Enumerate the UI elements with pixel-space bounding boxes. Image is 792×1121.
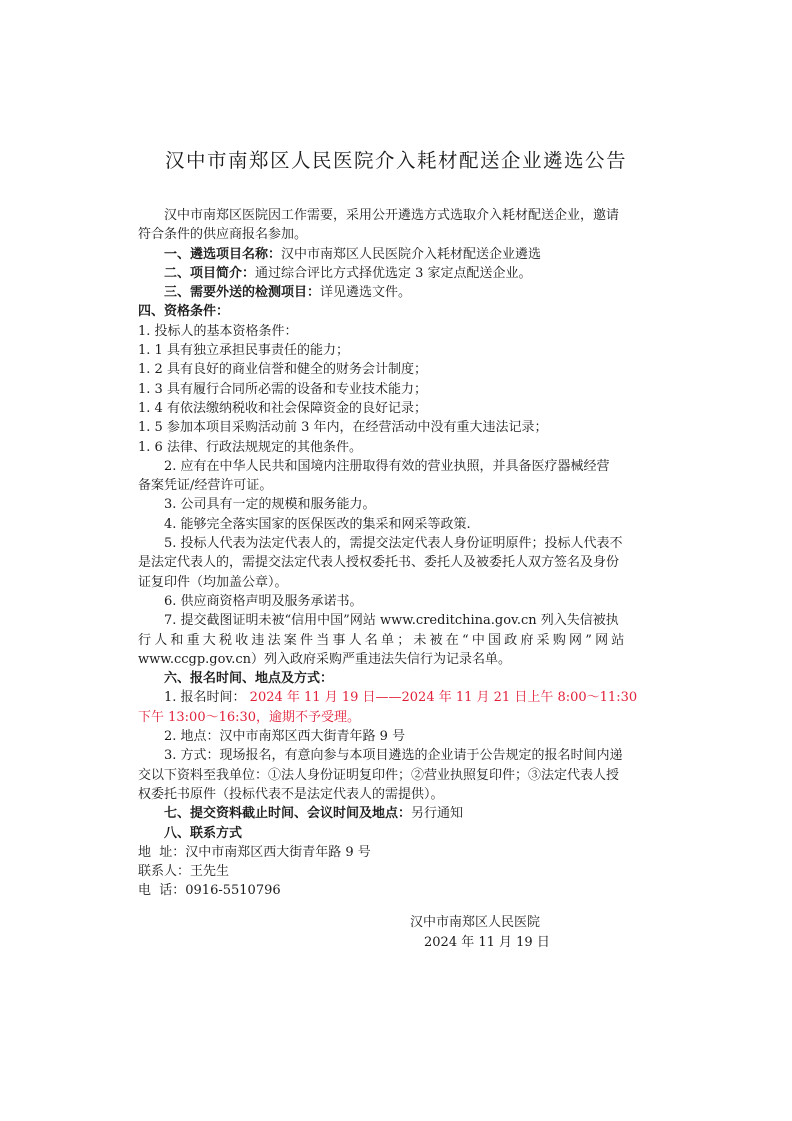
section-3-heading: 三、需要外送的检测项目：: [164, 285, 320, 300]
item-7-line-1: 7. 提交截图证明未被“信用中国”网站 www.creditchina.gov.…: [138, 611, 694, 630]
section-7: 七、提交资料截止时间、会议时间及地点：另行通知: [138, 804, 694, 823]
item-6: 6. 供应商资格声明及服务承诺书。: [138, 592, 694, 611]
registration-time-value-2: 下午 13:00～16:30，逾期不予受理。: [138, 708, 694, 727]
intro-line-1: 汉中市南郑区医院因工作需要，采用公开遴选方式选取介入耗材配送企业，邀请: [138, 206, 694, 225]
section-3-text: 详见遴选文件。: [320, 285, 411, 300]
contact-phone: 电 话：0916-5510796: [138, 881, 694, 900]
item-7-line-3: www.ccgp.gov.cn）列入政府采购严重违法失信行为记录名单。: [138, 650, 694, 669]
section-8-heading: 八、联系方式: [138, 824, 694, 843]
item-2-line-2: 备案凭证/经营许可证。: [138, 476, 694, 495]
section-7-heading: 七、提交资料截止时间、会议时间及地点：: [164, 806, 411, 821]
section-3: 三、需要外送的检测项目：详见遴选文件。: [138, 283, 694, 302]
registration-place: 2. 地点：汉中市南郑区西大街青年路 9 号: [138, 727, 694, 746]
item-5-line-2: 是法定代表人的，需提交法定代表人授权委托书、委托人及被委托人双方签名及身份: [138, 553, 694, 572]
registration-method-line-1: 3. 方式：现场报名，有意向参与本项目遴选的企业请于公告规定的报名时间内递: [138, 746, 694, 765]
qualification-item: 1. 6 法律、行政法规规定的其他条件。: [138, 438, 694, 457]
signature-org: 汉中市南郑区人民医院: [410, 913, 550, 933]
item-7-line-2: 行人和重大税收违法案件当事人名单；未被在“中国政府采购网”网站: [138, 631, 694, 650]
section-7-text: 另行通知: [411, 806, 463, 821]
contact-address: 地 址：汉中市南郑区西大街青年路 9 号: [138, 843, 694, 862]
qualification-item: 1. 3 具有履行合同所必需的设备和专业技术能力；: [138, 380, 694, 399]
document-title: 汉中市南郑区人民医院介入耗材配送企业遴选公告: [0, 145, 792, 173]
signature-block: 汉中市南郑区人民医院 2024 年 11 月 19 日: [410, 913, 550, 953]
intro-line-2: 符合条件的供应商报名参加。: [138, 225, 694, 244]
item-5-line-1: 5. 投标人代表为法定代表人的，需提交法定代表人身份证明原件；投标人代表不: [138, 534, 694, 553]
item-3: 3. 公司具有一定的规模和服务能力。: [138, 495, 694, 514]
registration-time-label: 1. 报名时间：: [164, 690, 246, 705]
item-2-line-1: 2. 应有在中华人民共和国境内注册取得有效的营业执照，并具备医疗器械经营: [138, 457, 694, 476]
document-body: 汉中市南郑区医院因工作需要，采用公开遴选方式选取介入耗材配送企业，邀请 符合条件…: [138, 206, 694, 901]
contact-person: 联系人：王先生: [138, 862, 694, 881]
section-2: 二、项目简介：通过综合评比方式择优选定 3 家定点配送企业。: [138, 264, 694, 283]
section-2-heading: 二、项目简介：: [164, 266, 255, 281]
qualification-item: 1. 5 参加本项目采购活动前 3 年内，在经营活动中没有重大违法记录；: [138, 418, 694, 437]
registration-time-value: 2024 年 11 月 19 日——2024 年 11 月 21 日上午 8:0…: [246, 690, 638, 705]
item-5-line-3: 证复印件（均加盖公章）。: [138, 573, 694, 592]
registration-method-line-3: 权委托书原件（投标代表不是法定代表人的需提供）。: [138, 785, 694, 804]
section-1-heading: 一、遴选项目名称：: [164, 247, 281, 262]
section-1-text: 汉中市南郑区人民医院介入耗材配送企业遴选: [281, 247, 541, 262]
document-page: 汉中市南郑区人民医院介入耗材配送企业遴选公告 汉中市南郑区医院因工作需要，采用公…: [0, 0, 792, 1121]
registration-time: 1. 报名时间： 2024 年 11 月 19 日——2024 年 11 月 2…: [138, 688, 694, 707]
section-4-heading: 四、资格条件：: [138, 302, 694, 321]
section-1: 一、遴选项目名称：汉中市南郑区人民医院介入耗材配送企业遴选: [138, 245, 694, 264]
section-2-text: 通过综合评比方式择优选定 3 家定点配送企业。: [255, 266, 532, 281]
qualification-item: 1. 4 有依法缴纳税收和社会保障资金的良好记录；: [138, 399, 694, 418]
qualification-item: 1. 2 具有良好的商业信誉和健全的财务会计制度；: [138, 360, 694, 379]
qualification-item: 1. 投标人的基本资格条件：: [138, 322, 694, 341]
item-4: 4. 能够完全落实国家的医保医改的集采和网采等政策.: [138, 515, 694, 534]
signature-date: 2024 年 11 月 19 日: [410, 933, 550, 953]
qualification-item: 1. 1 具有独立承担民事责任的能力；: [138, 341, 694, 360]
section-6-heading: 六、报名时间、地点及方式：: [138, 669, 694, 688]
registration-method-line-2: 交以下资料至我单位：①法人身份证明复印件；②营业执照复印件；③法定代表人授: [138, 766, 694, 785]
